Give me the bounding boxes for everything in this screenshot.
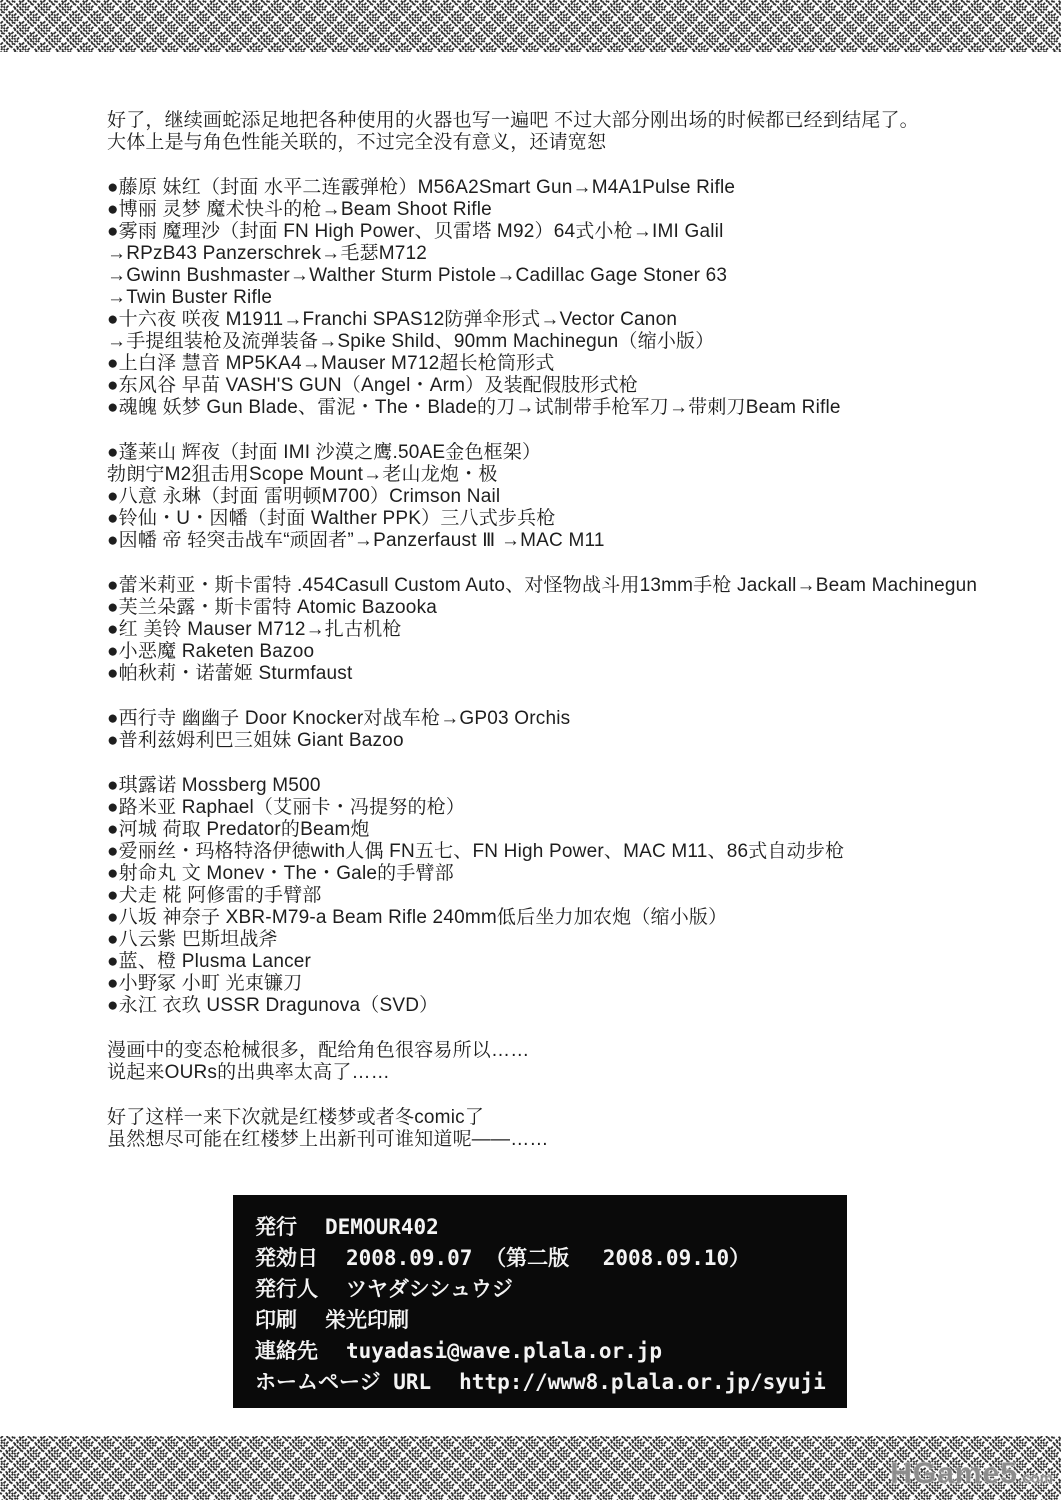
colophon-value: ツヤダシシュウジ (346, 1277, 513, 1301)
text-line: ●蓝、橙 Plusma Lancer (107, 951, 987, 973)
text-line: ●琪露诺 Mossberg M500 (107, 775, 987, 797)
intro-paragraph: 好了，继续画蛇添足地把各种使用的火器也写一遍吧 不过大部分刚出场的时候都已经到结… (107, 110, 987, 154)
text-line: ●魂魄 妖梦 Gun Blade、雷泥・The・Blade的刀→试制带手枪军刀→… (107, 397, 987, 419)
colophon-row: 発行人ツヤダシシュウジ (255, 1274, 847, 1305)
text-line: ●博丽 灵梦 魔术快斗的枪→Beam Shoot Rifle (107, 199, 987, 221)
text-line: ●十六夜 咲夜 M1911→Franchi SPAS12防弹伞形式→Vector… (107, 309, 987, 331)
text-line: ●河城 荷取 Predator的Beam炮 (107, 819, 987, 841)
text-line: ●帕秋莉・诺蕾姬 Sturmfaust (107, 663, 987, 685)
watermark-text: HGame5 (890, 1457, 1018, 1490)
text-line: 大体上是与角色性能关联的，不过完全没有意义，还请宽恕 (107, 132, 987, 154)
colophon-value: 2008.09.07 （第二版 2008.09.10） (346, 1246, 750, 1270)
text-line: ●西行寺 幽幽子 Door Knocker对战车枪→GP03 Orchis (107, 708, 987, 730)
page-content: 好了，继续画蛇添足地把各种使用的火器也写一遍吧 不过大部分刚出场的时候都已经到结… (107, 110, 987, 1174)
closing-paragraph: 好了这样一来下次就是红楼梦或者冬comic了虽然想尽可能在红楼梦上出新刊可谁知道… (107, 1107, 987, 1151)
weapon-list-1: ●藤原 妹红（封面 水平二连霰弹枪）M56A2Smart Gun→M4A1Pul… (107, 177, 987, 419)
colophon-row: 印刷栄光印刷 (255, 1305, 847, 1336)
colophon-value: http://www8.plala.or.jp/syuji (459, 1370, 826, 1394)
text-line: ●红 美铃 Mauser M712→扎古机枪 (107, 619, 987, 641)
text-line: ●芙兰朵露・斯卡雷特 Atomic Bazooka (107, 597, 987, 619)
text-line: 说起来OURs的出典率太高了…… (107, 1062, 987, 1084)
colophon-row: 発効日2008.09.07 （第二版 2008.09.10） (255, 1243, 847, 1274)
weapon-list-5: ●琪露诺 Mossberg M500●路米亚 Raphael（艾丽卡・冯提努的枪… (107, 775, 987, 1017)
weapon-list-3: ●蕾米莉亚・斯卡雷特 .454Casull Custom Auto、对怪物战斗用… (107, 575, 987, 685)
text-line: ●路米亚 Raphael（艾丽卡・冯提努的枪） (107, 797, 987, 819)
colophon-value: tuyadasi@wave.plala.or.jp (346, 1339, 662, 1363)
notes-paragraph: 漫画中的变态枪械很多，配给角色很容易所以……说起来OURs的出典率太高了…… (107, 1040, 987, 1084)
text-line: 好了这样一来下次就是红楼梦或者冬comic了 (107, 1107, 987, 1129)
colophon-value: 栄光印刷 (325, 1308, 409, 1332)
colophon-box: 発行DEMOUR402発効日2008.09.07 （第二版 2008.09.10… (233, 1195, 847, 1408)
text-line: ●铃仙・U・因幡（封面 Walther PPK）三八式步兵枪 (107, 508, 987, 530)
text-line: 好了，继续画蛇添足地把各种使用的火器也写一遍吧 不过大部分刚出场的时候都已经到结… (107, 110, 987, 132)
text-line: →Gwinn Bushmaster→Walther Sturm Pistole→… (107, 265, 987, 287)
colophon-row: 発行DEMOUR402 (255, 1212, 847, 1243)
text-line: ●东风谷 早苗 VASH'S GUN（Angel・Arm）及装配假肢形式枪 (107, 375, 987, 397)
text-line: ●永江 衣玖 USSR Dragunova（SVD） (107, 995, 987, 1017)
text-line: ●藤原 妹红（封面 水平二连霰弹枪）M56A2Smart Gun→M4A1Pul… (107, 177, 987, 199)
weapon-list-2: ●蓬莱山 辉夜（封面 IMI 沙漠之鹰.50AE金色框架）勃朗宁M2狙击用Sco… (107, 442, 987, 552)
text-line: 漫画中的变态枪械很多，配给角色很容易所以…… (107, 1040, 987, 1062)
colophon-label: 連絡先 (255, 1339, 318, 1363)
text-line: ●八意 永琳（封面 雷明顿M700）Crimson Nail (107, 486, 987, 508)
text-line: ●蓬莱山 辉夜（封面 IMI 沙漠之鹰.50AE金色框架） (107, 442, 987, 464)
text-line: ●八坂 神奈子 XBR-M79-a Beam Rifle 240mm低后坐力加农… (107, 907, 987, 929)
text-line: →手提组装枪及流弹装备→Spike Shild、90mm Machinegun（… (107, 331, 987, 353)
text-line: 虽然想尽可能在红楼梦上出新刊可谁知道呢——…… (107, 1129, 987, 1151)
text-line: ●上白泽 慧音 MP5KA4→Mauser M712超长枪筒形式 (107, 353, 987, 375)
text-line: ●犬走 椛 阿修雷的手臂部 (107, 885, 987, 907)
colophon-label: 発行 (255, 1215, 297, 1239)
weave-border-top (0, 0, 1061, 52)
text-line: →Twin Buster Rifle (107, 287, 987, 309)
text-line: ●普利兹姆利巴三姐妹 Giant Bazoo (107, 730, 987, 752)
scanned-document-page: 好了，继续画蛇添足地把各种使用的火器也写一遍吧 不过大部分刚出场的时候都已经到结… (0, 0, 1061, 1500)
colophon-label: ホームページ URL (255, 1370, 431, 1394)
text-line: →RPzB43 Panzerschrek→毛瑟M712 (107, 243, 987, 265)
text-line: ●蕾米莉亚・斯卡雷特 .454Casull Custom Auto、对怪物战斗用… (107, 575, 987, 597)
weapon-list-4: ●西行寺 幽幽子 Door Knocker对战车枪→GP03 Orchis●普利… (107, 708, 987, 752)
text-line: ●八云紫 巴斯坦战斧 (107, 929, 987, 951)
text-line: ●射命丸 文 Monev・The・Gale的手臂部 (107, 863, 987, 885)
text-line: ●因幡 帝 轻突击战车“顽固者”→Panzerfaust Ⅲ →MAC M11 (107, 530, 987, 552)
colophon-label: 発行人 (255, 1277, 318, 1301)
colophon-row: 連絡先tuyadasi@wave.plala.or.jp (255, 1336, 847, 1367)
watermark-suffix: .com (1018, 1470, 1053, 1487)
colophon-value: DEMOUR402 (325, 1215, 439, 1239)
text-line: ●小恶魔 Raketen Bazoo (107, 641, 987, 663)
colophon-label: 印刷 (255, 1308, 297, 1332)
text-line: ●爱丽丝・玛格特洛伊徳with人偶 FN五七、FN High Power、MAC… (107, 841, 987, 863)
colophon-row: ホームページ URLhttp://www8.plala.or.jp/syuji (255, 1367, 847, 1398)
text-line: 勃朗宁M2狙击用Scope Mount→老山龙炮・极 (107, 464, 987, 486)
colophon-label: 発効日 (255, 1246, 318, 1270)
text-line: ●雾雨 魔理沙（封面 FN High Power、贝雷塔 M92）64式小枪→I… (107, 221, 987, 243)
watermark: HGame5.com (890, 1459, 1053, 1494)
text-line: ●小野冢 小町 光束镰刀 (107, 973, 987, 995)
